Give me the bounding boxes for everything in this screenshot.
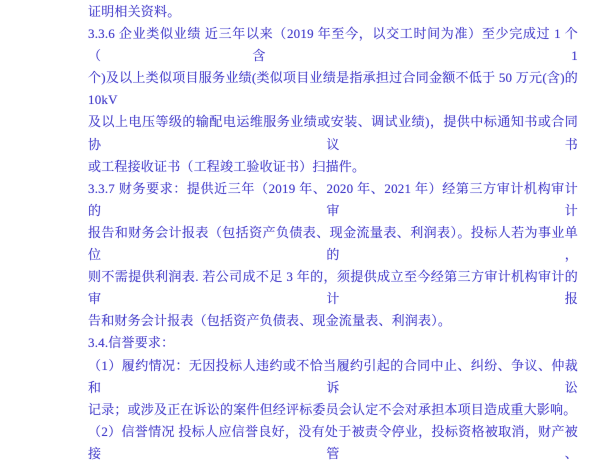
doc-line: 及以上电压等级的输配电运维服务业绩或安装、调试业绩)，提供中标通知书或合同协议书	[88, 111, 578, 155]
doc-line: 报告和财务会计报表（包括资产负债表、现金流量表、利润表）。投标人若为事业单位的，	[88, 222, 578, 266]
doc-line: 3.3.6 企业类似业绩 近三年以来（2019 年至今，以交工时间为准）至少完成…	[88, 23, 578, 67]
doc-line: 3.3.7 财务要求：提供近三年（2019 年、2020 年、2021 年）经第…	[88, 178, 578, 222]
doc-line: 证明相关资料。	[88, 1, 578, 23]
doc-line: 个)及以上类似项目服务业绩(类似项目业绩是指承担过合同金额不低于 50 万元(含…	[88, 67, 578, 111]
document-page: 证明相关资料。 3.3.6 企业类似业绩 近三年以来（2019 年至今，以交工时…	[88, 1, 578, 289]
doc-line: 或工程接收证书（工程竣工验收证书）扫描件。	[88, 156, 578, 178]
doc-line: 则不需提供利润表. 若公司成不足 3 年的，须提供成立至今经第三方审计机构审计的…	[88, 266, 578, 289]
